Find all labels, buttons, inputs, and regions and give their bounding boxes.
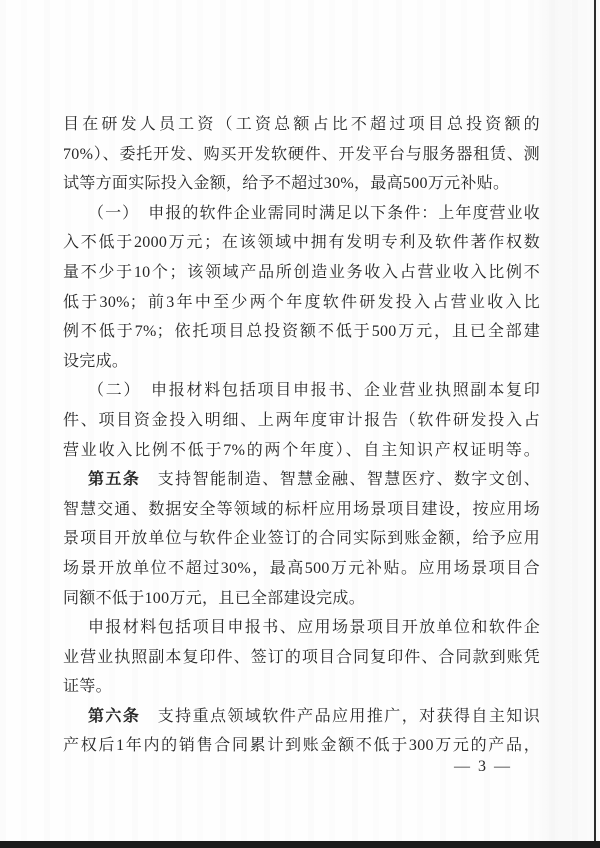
- text-run: （二） 申报材料包括项目申报书、企业营业执照副本复印: [88, 382, 540, 399]
- scan-edge-right: [594, 0, 596, 842]
- document-body: 目在研发人员工资（工资总额占比不超过项目总投资额的70%）、委托开发、购买开发软…: [63, 110, 540, 761]
- text-line: 入不低于2000万元；在该领域中拥有发明专利及软件著作权数: [63, 228, 540, 258]
- text-line: 申报材料包括项目申报书、应用场景项目开放单位和软件企: [63, 613, 540, 643]
- text-run: 试等方面实际投入金额，给予不超过30%，最高500万元补贴。: [63, 175, 509, 192]
- text-line: 智慧交通、数据安全等领域的标杆应用场景项目建设，按应用场: [63, 495, 540, 525]
- text-line: 低于30%；前3年中至少两个年度软件研发投入占营业收入比: [63, 288, 540, 318]
- text-run: 智慧交通、数据安全等领域的标杆应用场景项目建设，按应用场: [63, 501, 540, 518]
- text-run: 业营业执照副本复印件、签订的项目合同复印件、合同款到账凭: [63, 649, 540, 666]
- text-line: 景项目开放单位与软件企业签订的合同实际到账金额，给予应用: [63, 524, 540, 554]
- document-page: 目在研发人员工资（工资总额占比不超过项目总投资额的70%）、委托开发、购买开发软…: [0, 0, 600, 848]
- text-line: 第六条 支持重点领域软件产品应用推广，对获得自主知识: [63, 702, 540, 732]
- text-run: 支持智能制造、智慧金融、智慧医疗、数字文创、: [140, 471, 540, 488]
- text-line: 营业收入比例不低于7%的两个年度）、自主知识产权证明等。: [63, 436, 540, 466]
- text-line: 证等。: [63, 672, 540, 702]
- article-number: 第五条: [88, 471, 140, 488]
- text-run: 量不少于10个；该领域产品所创造业务收入占营业收入比例不: [63, 264, 540, 281]
- text-run: 70%）、委托开发、购买开发软硬件、开发平台与服务器租赁、测: [63, 146, 540, 163]
- text-run: 件、项目资金投入明细、上两年度审计报告（软件研发投入占: [63, 412, 540, 429]
- text-line: 70%）、委托开发、购买开发软硬件、开发平台与服务器租赁、测: [63, 140, 540, 170]
- text-run: 设完成。: [63, 353, 128, 370]
- text-run: （一） 申报的软件企业需同时满足以下条件：上年度营业收: [88, 205, 540, 222]
- text-line: 件、项目资金投入明细、上两年度审计报告（软件研发投入占: [63, 406, 540, 436]
- text-run: 例不低于7%；依托项目总投资额不低于500万元，且已全部建: [63, 323, 540, 340]
- text-run: 入不低于2000万元；在该领域中拥有发明专利及软件著作权数: [63, 234, 540, 251]
- text-line: 例不低于7%；依托项目总投资额不低于500万元，且已全部建: [63, 317, 540, 347]
- text-line: 业营业执照副本复印件、签订的项目合同复印件、合同款到账凭: [63, 643, 540, 673]
- text-line: 试等方面实际投入金额，给予不超过30%，最高500万元补贴。: [63, 169, 540, 199]
- text-run: 证等。: [63, 678, 112, 695]
- text-line: 场景开放单位不超过30%，最高500万元补贴。应用场景项目合: [63, 554, 540, 584]
- text-run: 申报材料包括项目申报书、应用场景项目开放单位和软件企: [88, 619, 540, 636]
- text-run: 支持重点领域软件产品应用推广，对获得自主知识: [140, 708, 540, 725]
- scan-edge-bottom: [0, 841, 600, 848]
- text-run: 营业收入比例不低于7%的两个年度）、自主知识产权证明等。: [63, 442, 540, 459]
- text-line: 目在研发人员工资（工资总额占比不超过项目总投资额的: [63, 110, 540, 140]
- text-line: 同额不低于100万元，且已全部建设完成。: [63, 584, 540, 614]
- text-run: 场景开放单位不超过30%，最高500万元补贴。应用场景项目合: [63, 560, 540, 577]
- page-number: — 3 —: [63, 752, 540, 782]
- text-run: 低于30%；前3年中至少两个年度软件研发投入占营业收入比: [63, 294, 540, 311]
- text-line: （二） 申报材料包括项目申报书、企业营业执照副本复印: [63, 376, 540, 406]
- text-run: 目在研发人员工资（工资总额占比不超过项目总投资额的: [63, 116, 540, 133]
- text-run: 景项目开放单位与软件企业签订的合同实际到账金额，给予应用: [63, 530, 540, 547]
- article-number: 第六条: [88, 708, 140, 725]
- text-line: 设完成。: [63, 347, 540, 377]
- text-line: （一） 申报的软件企业需同时满足以下条件：上年度营业收: [63, 199, 540, 229]
- text-run: 同额不低于100万元，且已全部建设完成。: [63, 590, 365, 607]
- text-line: 第五条 支持智能制造、智慧金融、智慧医疗、数字文创、: [63, 465, 540, 495]
- text-line: 量不少于10个；该领域产品所创造业务收入占营业收入比例不: [63, 258, 540, 288]
